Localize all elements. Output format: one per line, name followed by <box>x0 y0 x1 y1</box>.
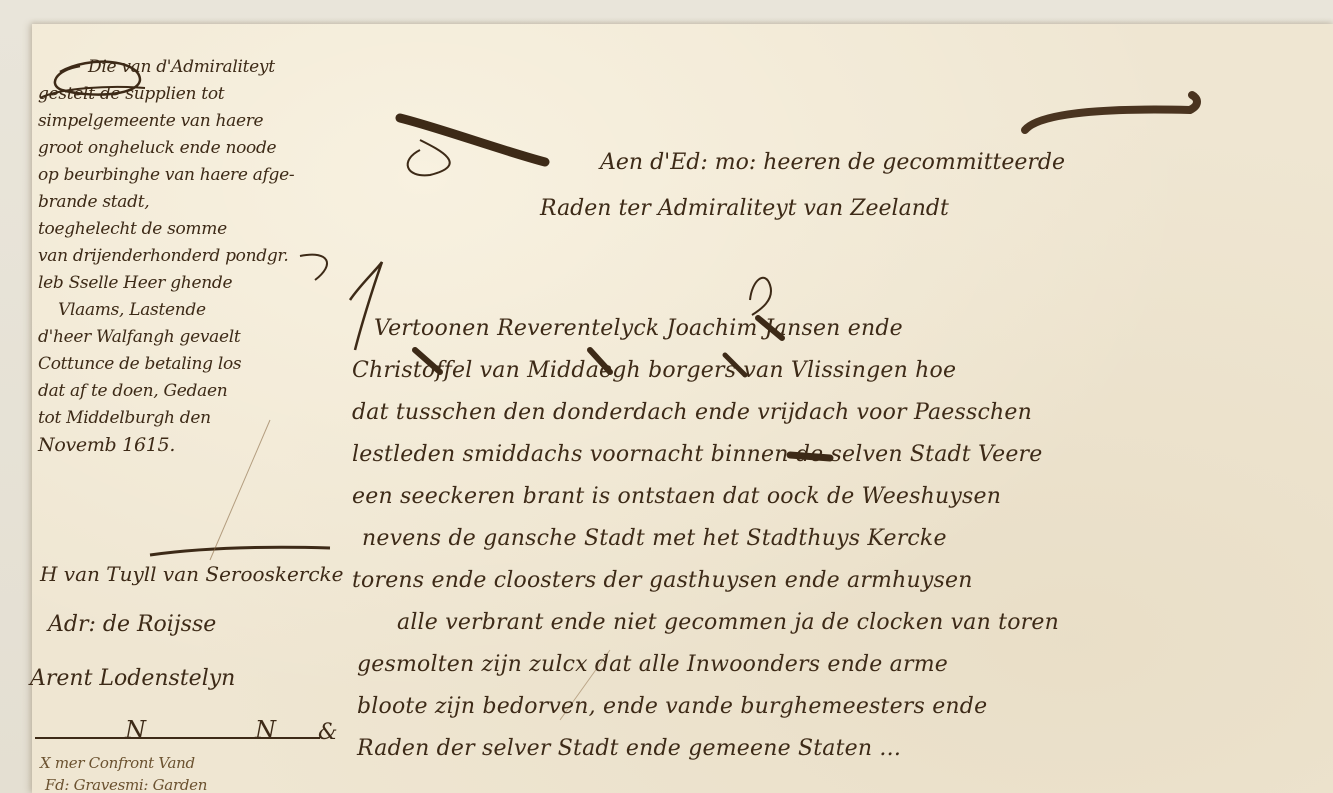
body-line: Raden der selver Stadt ende gemeene Stat… <box>352 728 1312 770</box>
margin-line: op beurbinghe van haere afge- <box>38 162 368 189</box>
margin-note: Die van d'Admiraliteyt gestelt de suppli… <box>38 54 368 459</box>
margin-line: d'heer Walfangh gevaelt <box>38 324 368 351</box>
body-line: alle verbrant ende niet gecommen ja de c… <box>352 602 1312 644</box>
body-line: een seeckeren brant is ontstaen dat oock… <box>352 476 1312 518</box>
margin-line: groot ongheluck ende noode <box>38 135 368 162</box>
margin-line: gestelt de supplien tot <box>38 81 368 108</box>
margin-line: simpelgemeente van haere <box>38 108 368 135</box>
margin-line: dat af te doen, Gedaen <box>38 378 368 405</box>
petition-body: Vertoonen Reverentelyck Joachim Jansen e… <box>352 308 1312 770</box>
margin-line: Cottunce de betaling los <box>38 351 368 378</box>
margin-date-line: Novemb 1615. <box>38 432 368 459</box>
body-line: nevens de gansche Stadt met het Stadthuy… <box>352 518 1312 560</box>
body-line: bloote zijn bedorven, ende vande burghem… <box>352 686 1312 728</box>
margin-line: tot Middelburgh den <box>38 405 368 432</box>
body-line: Christoffel van Middaegh borgers van Vli… <box>352 350 1312 392</box>
heading-line: Raden ter Admiraliteyt van Zeelandt <box>540 186 1320 232</box>
margin-line: Die van d'Admiraliteyt <box>38 54 368 81</box>
body-line: lestleden smiddachs voornacht binnen de … <box>352 434 1312 476</box>
signature-van-tuyll: H van Tuyll van Serooskercke <box>40 562 344 586</box>
heading-line: Aen d'Ed: mo: heeren de gecommitteerde <box>540 140 1320 186</box>
signature-lodenstelyn: Arent Lodenstelyn <box>30 666 235 691</box>
body-line: gesmolten zijn zulcx dat alle Inwoonders… <box>352 644 1312 686</box>
margin-line: toeghelecht de somme <box>38 216 368 243</box>
signature-de-roijsse: Adr: de Roijsse <box>48 612 216 637</box>
mark-n-left: N <box>125 716 146 744</box>
margin-line: brande stadt, <box>38 189 368 216</box>
margin-footer-line: Fd: Gravesmi: Garden <box>45 772 207 793</box>
margin-line: van drijenderhonderd pondgr. <box>38 243 368 270</box>
margin-line: leb Sselle Heer ghende <box>38 270 368 297</box>
mark-ampersand: & <box>318 720 338 745</box>
margin-line: Vlaams, Lastende <box>38 297 368 324</box>
body-line: Vertoonen Reverentelyck Joachim Jansen e… <box>352 308 1312 350</box>
address-heading: Aen d'Ed: mo: heeren de gecommitteerde R… <box>540 140 1320 232</box>
mark-n-right: N <box>255 716 276 744</box>
body-line: torens ende cloosters der gasthuysen end… <box>352 560 1312 602</box>
body-line: dat tusschen den donderdach ende vrijdac… <box>352 392 1312 434</box>
